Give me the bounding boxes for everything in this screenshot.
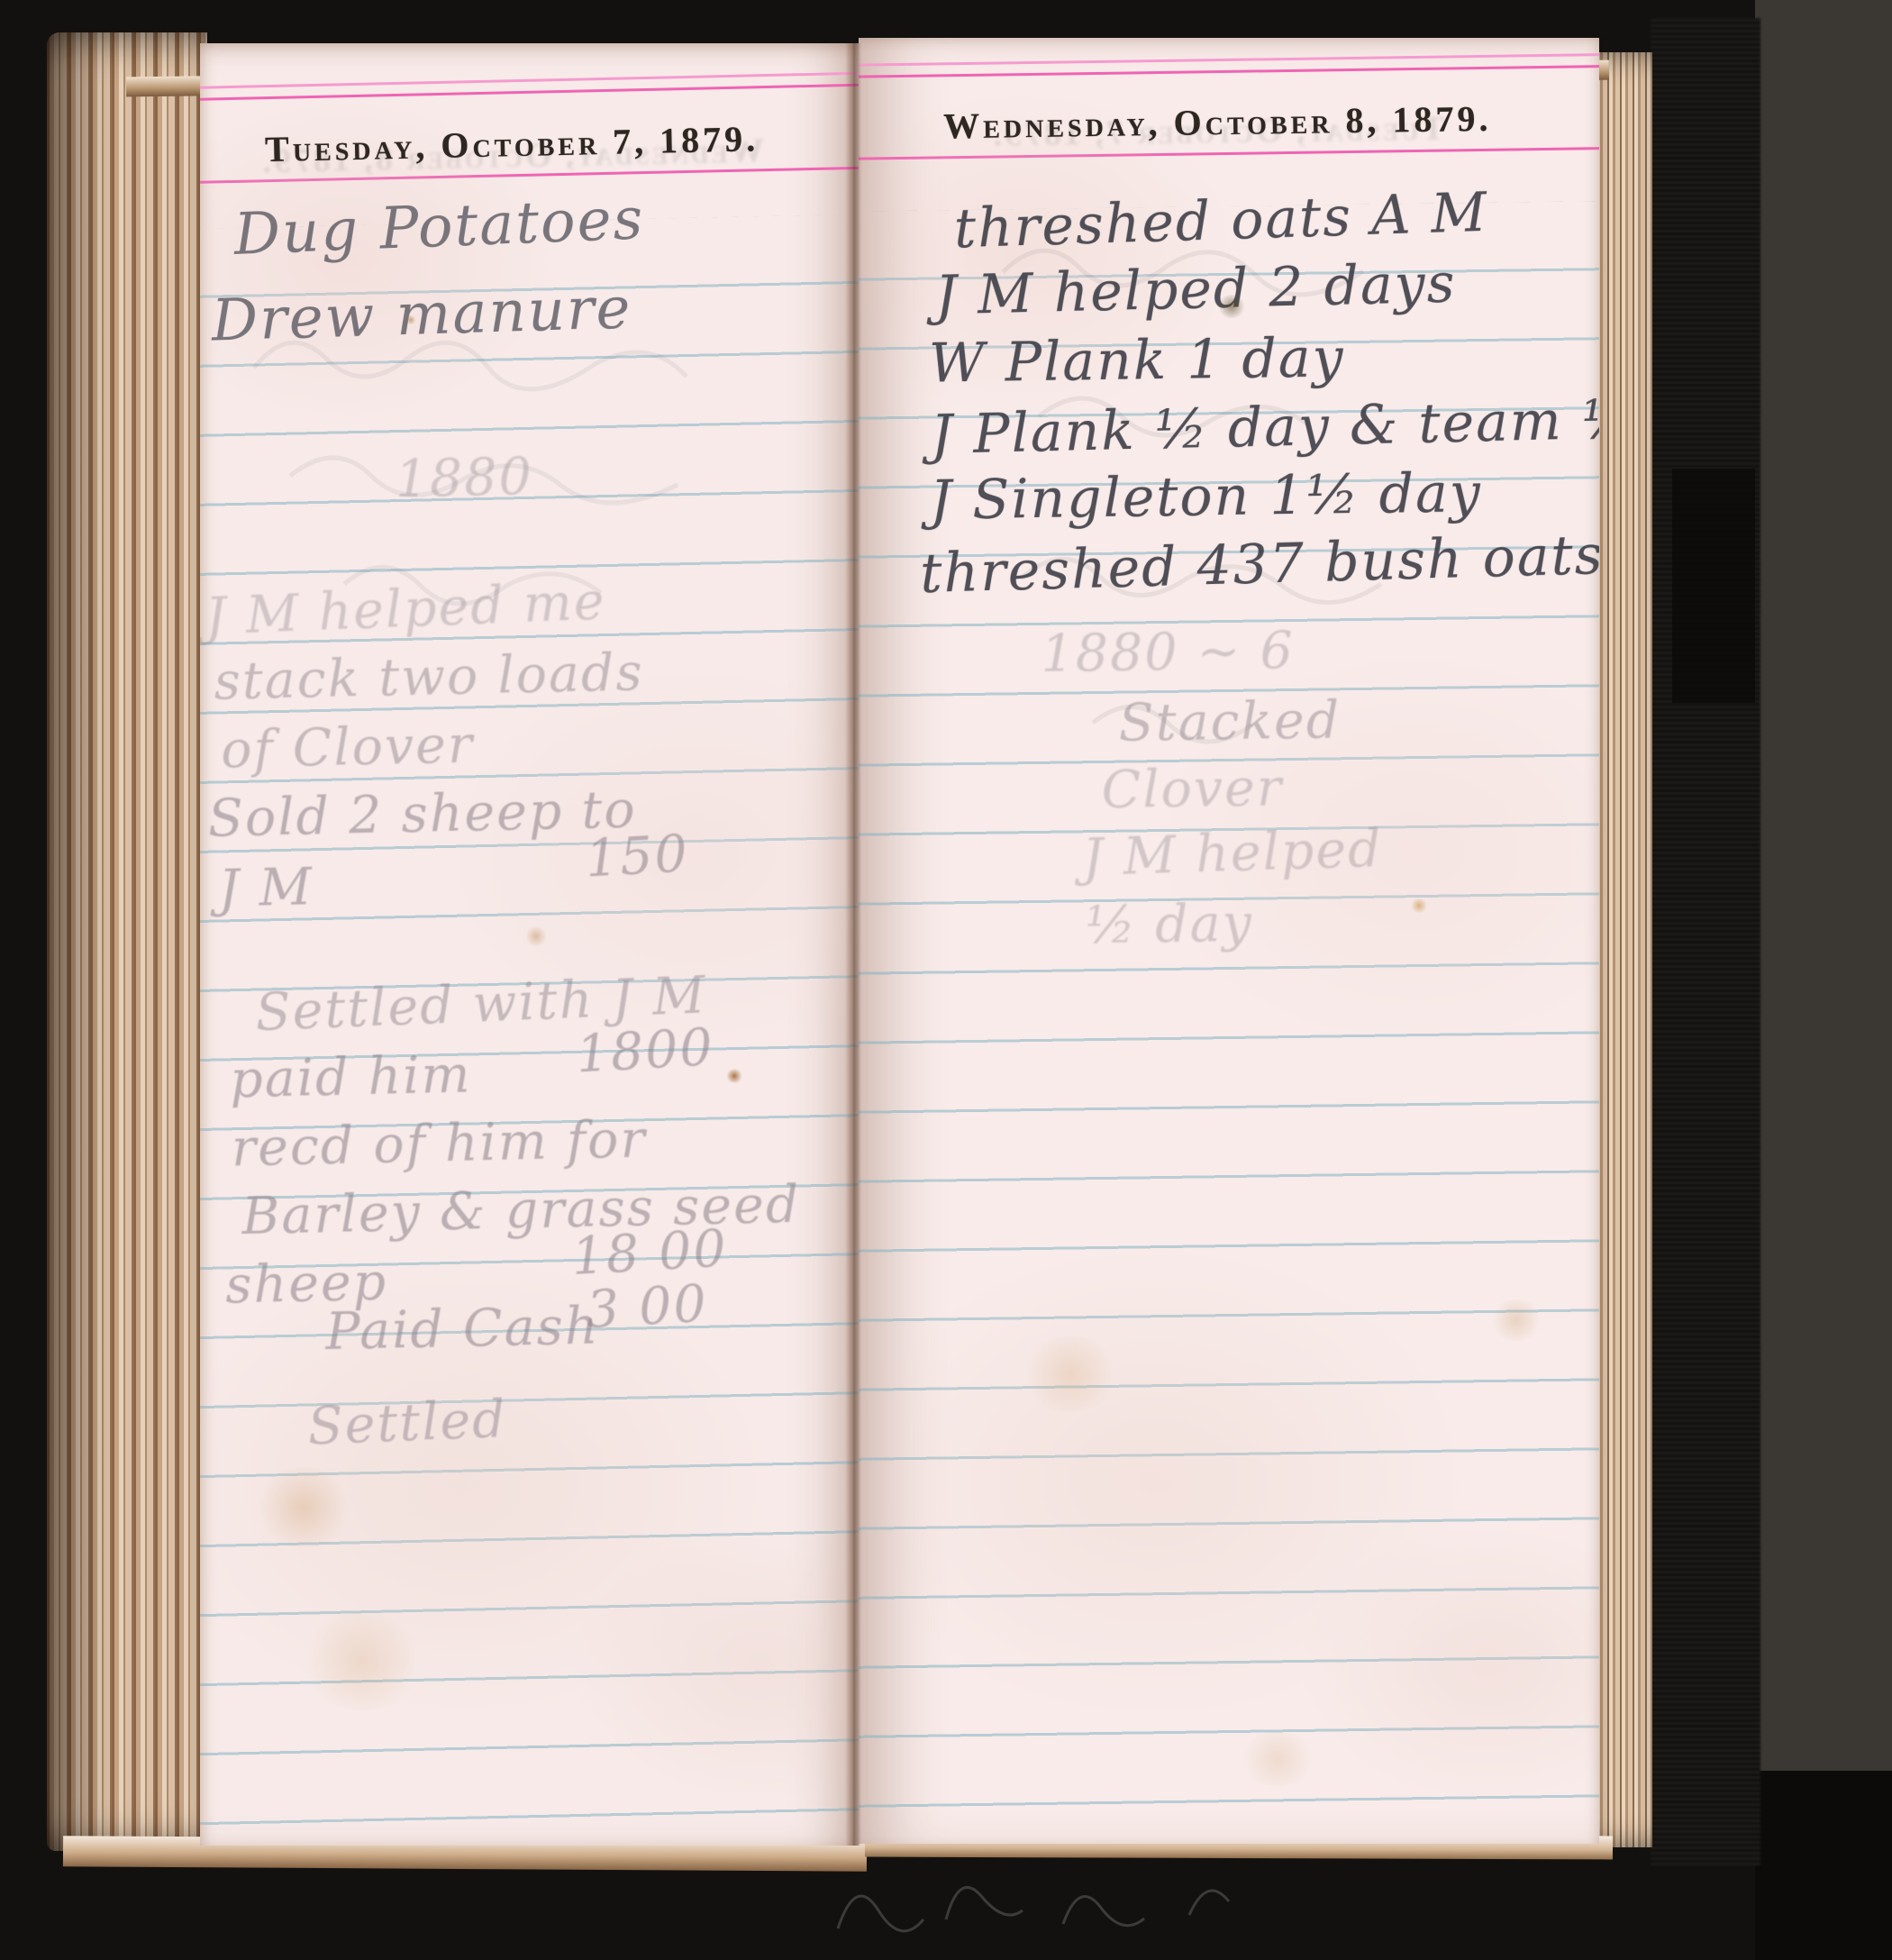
book-cover	[1651, 18, 1760, 1865]
diary-line: Clover	[1101, 758, 1283, 820]
diary-line: 1880	[395, 447, 533, 509]
left-page: Wednesday, October 8, 1879. Tuesday, Oct…	[200, 43, 859, 1846]
diary-line: J M helped 2 days	[934, 251, 1457, 327]
diary-line: threshed 437 bush oats	[919, 524, 1599, 606]
diary-line: Paid Cash	[325, 1296, 601, 1362]
diary-line: 1880 ~ 6	[1041, 621, 1295, 684]
page-fore-edge-right	[1596, 52, 1652, 1847]
diary-line: Stacked	[1118, 690, 1342, 752]
diary-line: J M helped	[1082, 819, 1384, 888]
diary-line: J M	[218, 857, 314, 918]
diary-line: Sold 2 sheep to	[207, 779, 637, 848]
diary-line: of Clover	[220, 715, 474, 779]
diary-line: J Singleton 1½ day	[930, 461, 1483, 533]
amount: 1800	[575, 1017, 716, 1085]
scanner-scratch-marks	[811, 1856, 1442, 1955]
diary-line: recd of him for	[231, 1109, 647, 1178]
page-edge-stack-left	[47, 32, 207, 1851]
diary-line: Dug Potatoes	[232, 186, 645, 269]
diary-line: paid him	[229, 1044, 472, 1109]
scanner-background	[1755, 0, 1892, 1771]
right-page: Tuesday, October 7, 1879. Wednesday, Oct…	[859, 38, 1599, 1844]
clasp-strap	[1672, 469, 1755, 703]
diary-line: W Plank 1 day	[929, 326, 1345, 395]
diary-line: J M helped me	[205, 571, 607, 646]
diary-line: Drew manure	[211, 275, 633, 354]
diary-line: threshed oats A M	[953, 181, 1489, 261]
diary-line: J Plank ½ day & team ½	[930, 387, 1599, 467]
diary-line: Settled	[306, 1390, 507, 1457]
left-page-content: Wednesday, October 8, 1879. Tuesday, Oct…	[200, 43, 859, 1846]
diary-line: ½ day	[1085, 894, 1253, 956]
amount: 3 00	[585, 1273, 709, 1340]
gutter	[845, 43, 861, 1846]
diary-scan: { "page_left": { "header": "Tuesday, Oct…	[0, 0, 1892, 1960]
scanner-background-bottom	[1755, 1771, 1892, 1960]
right-page-content: Tuesday, October 7, 1879. Wednesday, Oct…	[859, 38, 1599, 1844]
diary-line: stack two loads	[214, 643, 644, 711]
amount: 150	[584, 824, 690, 889]
